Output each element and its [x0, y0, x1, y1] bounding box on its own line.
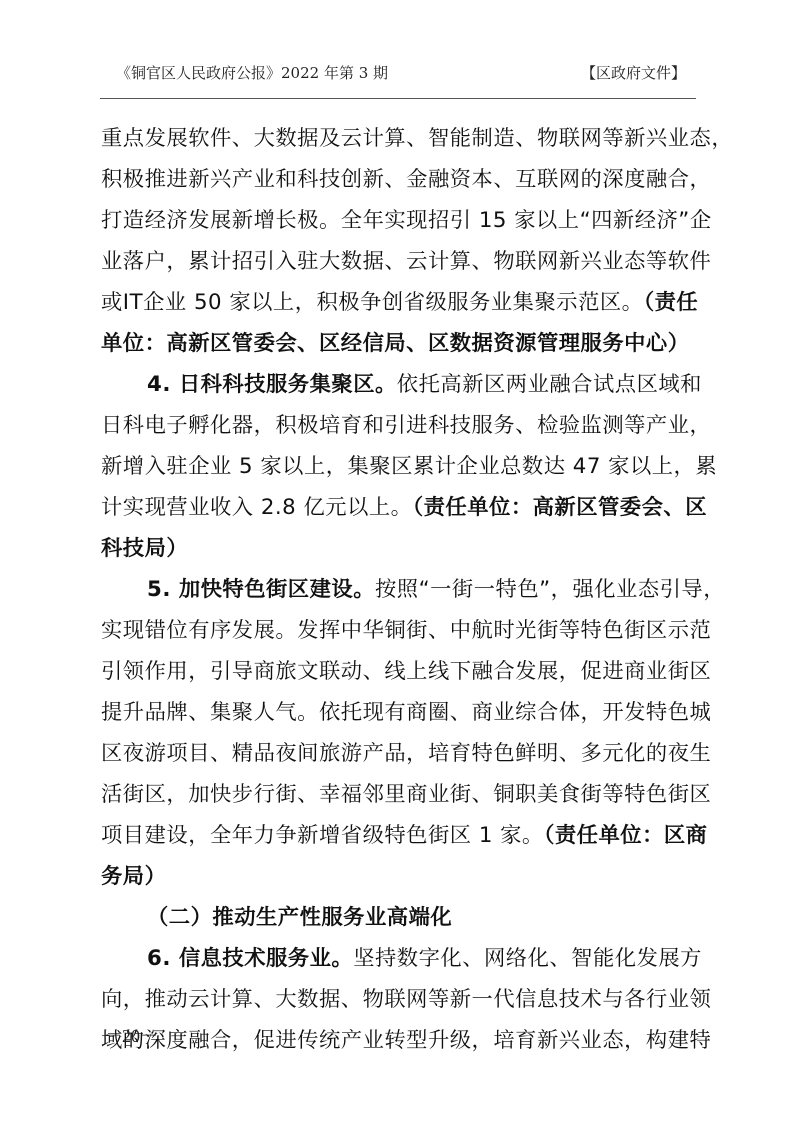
text-line: 实现错位有序发展。发挥中华铜街、中航时光街等特色街区示范 [101, 610, 701, 651]
text-line: 计实现营业收入 2.8 亿元以上。（责任单位：高新区管委会、区 [101, 487, 701, 528]
body-text: 或IT企业 50 家以上，积极争创省级服务业集聚示范区。 [101, 290, 643, 315]
body-text: 域的深度融合，促进传统产业转型升级，培育新兴业态，构建特 [101, 1028, 711, 1053]
body-text: 按照“一街一特色”，强化业态引导， [375, 577, 725, 602]
body-text: 引领作用，引导商旅文联动、线上线下融合发展，促进商业街区 [101, 659, 711, 684]
body-text: 新增入驻企业 5 家以上，集聚区累计企业总数达 47 家以上，累 [101, 454, 717, 479]
text-line: 单位：高新区管委会、区经信局、区数据资源管理服务中心） [101, 323, 701, 364]
text-line: 向，推动云计算、大数据、物联网等新一代信息技术与各行业领 [101, 979, 701, 1020]
bold-text: 科技局） [101, 536, 188, 561]
bold-text: 5. 加快特色街区建设。 [147, 577, 375, 602]
body-text: 业落户，累计招引入驻大数据、云计算、物联网新兴业态等软件 [101, 249, 711, 274]
body-text: 日科电子孵化器，积极培育和引进科技服务、检验监测等产业， [101, 413, 711, 438]
bold-text: （二）推动生产性服务业高端化 [147, 905, 452, 930]
page-header: 《铜官区人民政府公报》2022 年第 3 期 【区政府文件】 [104, 52, 694, 92]
body-text: 向，推动云计算、大数据、物联网等新一代信息技术与各行业领 [101, 987, 711, 1012]
bold-text: （责任单位：高新区管委会、区 [412, 495, 707, 520]
text-line: 新增入驻企业 5 家以上，集聚区累计企业总数达 47 家以上，累 [101, 446, 701, 487]
text-line: 科技局） [101, 528, 701, 569]
body-text: 活街区，加快步行街、幸福邻里商业街、铜职美食街等特色街区 [101, 782, 711, 807]
bold-text: （责任 [643, 290, 698, 315]
text-line: 4. 日科科技服务集聚区。依托高新区两业融合试点区域和 [101, 364, 701, 405]
publication-title: 《铜官区人民政府公报》2022 年第 3 期 [116, 62, 388, 83]
text-line: 5. 加快特色街区建设。按照“一街一特色”，强化业态引导， [101, 569, 701, 610]
text-line: 业落户，累计招引入驻大数据、云计算、物联网新兴业态等软件 [101, 241, 701, 282]
text-line: 或IT企业 50 家以上，积极争创省级服务业集聚示范区。（责任 [101, 282, 701, 323]
bold-text: 务局） [101, 864, 166, 889]
body-text: 实现错位有序发展。发挥中华铜街、中航时光街等特色街区示范 [101, 618, 711, 643]
text-line: 积极推进新兴产业和科技创新、金融资本、互联网的深度融合， [101, 159, 701, 200]
text-line: 项目建设，全年力争新增省级特色街区 1 家。（责任单位：区商 [101, 815, 701, 856]
bold-text: （责任单位：区商 [544, 823, 708, 848]
body-text: 积极推进新兴产业和科技创新、金融资本、互联网的深度融合， [101, 167, 711, 192]
text-line: 务局） [101, 856, 701, 897]
section-label: 【区政府文件】 [581, 62, 686, 83]
bold-text: 单位：高新区管委会、区经信局、区数据资源管理服务中心） [101, 331, 690, 356]
body-text: 提升品牌、集聚人气。依托现有商圈、商业综合体，开发特色城 [101, 700, 711, 725]
body-text: 坚持数字化、网络化、智能化发展方 [353, 946, 702, 971]
bold-text: 6. 信息技术服务业。 [147, 946, 353, 971]
body-text: 项目建设，全年力争新增省级特色街区 1 家。 [101, 823, 544, 848]
document-body: 重点发展软件、大数据及云计算、智能制造、物联网等新兴业态，积极推进新兴产业和科技… [101, 118, 701, 1061]
text-line: 6. 信息技术服务业。坚持数字化、网络化、智能化发展方 [101, 938, 701, 979]
text-line: 引领作用，引导商旅文联动、线上线下融合发展，促进商业街区 [101, 651, 701, 692]
text-line: 日科电子孵化器，积极培育和引进科技服务、检验监测等产业， [101, 405, 701, 446]
body-text: 重点发展软件、大数据及云计算、智能制造、物联网等新兴业态， [101, 126, 733, 151]
body-text: 计实现营业收入 2.8 亿元以上。 [101, 495, 412, 520]
text-line: 活街区，加快步行街、幸福邻里商业街、铜职美食街等特色街区 [101, 774, 701, 815]
body-text: 区夜游项目、精品夜间旅游产品，培育特色鲜明、多元化的夜生 [101, 741, 711, 766]
body-text: 依托高新区两业融合试点区域和 [397, 372, 702, 397]
text-line: 域的深度融合，促进传统产业转型升级，培育新兴业态，构建特 [101, 1020, 701, 1061]
text-line: 打造经济发展新增长极。全年实现招引 15 家以上“四新经济”企 [101, 200, 701, 241]
header-divider [100, 98, 696, 99]
text-line: （二）推动生产性服务业高端化 [101, 897, 701, 938]
text-line: 提升品牌、集聚人气。依托现有商圈、商业综合体，开发特色城 [101, 692, 701, 733]
body-text: 打造经济发展新增长极。全年实现招引 15 家以上“四新经济”企 [101, 208, 712, 233]
text-line: 区夜游项目、精品夜间旅游产品，培育特色鲜明、多元化的夜生 [101, 733, 701, 774]
bold-text: 4. 日科科技服务集聚区。 [147, 372, 397, 397]
page-number: －20－ [104, 1022, 158, 1048]
text-line: 重点发展软件、大数据及云计算、智能制造、物联网等新兴业态， [101, 118, 701, 159]
